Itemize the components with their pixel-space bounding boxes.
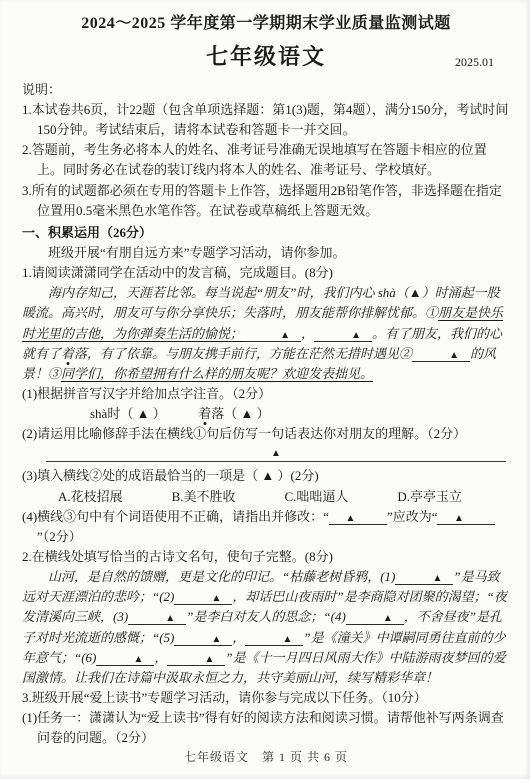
answer-blank: ▲: [329, 513, 387, 525]
passage-text: 山河，是自然的馈赠，更是文化的印记。“枯藤老树昏鸦，(1): [48, 569, 395, 584]
option-b: B.美不胜收: [172, 487, 236, 507]
passage-text: ”应改为“: [387, 509, 438, 524]
answer-blank: ▲: [174, 593, 232, 605]
question-1-3-stem: (3)填入横线②处的成语最恰当的一项是（ ▲ ）(2分): [22, 466, 510, 486]
answer-blank: ▲: [346, 613, 404, 625]
question-3-stem: 3.班级开展“爱上读书”专题学习活动，请你参与完成以下任务。（10分）: [22, 688, 510, 708]
answer-blank: ▲: [96, 654, 154, 666]
underlined-text: 同学们，你希望拥有什么样的朋友呢？欢迎发表拙见。: [61, 366, 373, 381]
exam-date: 2025.01: [455, 53, 494, 72]
answer-blank: ▲: [167, 654, 225, 666]
dotted-char: 着: [198, 406, 211, 421]
exam-title: 2024～2025 学年度第一学期期末学业质量监测试题: [22, 12, 510, 37]
notice-item: 3.所有的试题都必须在专用的答题卡上作答，选择题用2B铅笔作答，非选择题在指定位…: [22, 181, 510, 221]
question-2-passage: 山河，是自然的馈赠，更是文化的印记。“枯藤老树昏鸦，(1)▲”是马致远对天涯漂泊…: [22, 567, 510, 688]
option-d: D.亭亭玉立: [397, 487, 462, 507]
passage-text: ①: [425, 305, 438, 320]
question-1-stem: 1.请阅读潇潇同学在活动中的发言稿，完成题目。(8分): [22, 263, 510, 283]
exam-paper-page: 2024～2025 学年度第一学期期末学业质量监测试题 七年级语文 2025.0…: [0, 0, 530, 779]
option-a: A.花枝招展: [58, 487, 123, 507]
passage-text: ，: [301, 326, 314, 341]
option-c: C.咄咄逼人: [284, 487, 348, 507]
answer-blank: ▲: [437, 513, 495, 525]
answer-blank: ▲: [128, 613, 186, 625]
passage-text: 落（ ▲ ）: [211, 406, 269, 421]
dotted-char: 着: [61, 346, 74, 361]
passage-text: shà时（ ▲ ）: [90, 406, 198, 421]
question-1-passage: 海内存知己，天涯若比邻。每当说起“朋友”时，我们内心 shà（▲）时涌起一股暖流…: [22, 283, 510, 384]
passage-text: ”是李白对友人的思念；“(4): [186, 609, 346, 624]
answer-blank: ▲: [174, 634, 232, 646]
question-2-stem: 2.在横线处填写恰当的古诗文名句，使句子完整。(8分): [22, 547, 510, 567]
passage-text: ③: [48, 366, 61, 381]
question-3-task1: (1)任务一：潇潇认为“爱上读书”得有好的阅读方法和阅读习惯。请帮他补写两条调查…: [22, 708, 510, 748]
answer-blank: ▲: [245, 634, 303, 646]
passage-text: ，: [232, 630, 245, 645]
question-1-2-answer-line: ▲: [46, 447, 506, 462]
notice-item: 1.本试卷共6页，计22题（包含单项选择题：第1(3)题，第4题），满分150分…: [22, 100, 510, 140]
answer-blank: ▲: [314, 330, 372, 342]
passage-text: 落，有了依靠。与朋友携手前行，方能在茫然无措时遇见②: [74, 346, 412, 361]
question-1-2-stem: (2)请运用比喻修辞手法在横线①句后仿写一句话表达你对朋友的理解。（2分）: [22, 424, 510, 444]
notice-heading: 说明：: [22, 80, 510, 100]
section-heading: 一、积累运用（26分）: [22, 223, 510, 243]
passage-text: ”（2分）: [37, 529, 82, 544]
page-footer: 七年级语文 第 1 页 共 6 页: [22, 748, 510, 771]
section-intro: 班级开展“有朋自远方来”专题学习活动，请你参加。: [22, 243, 510, 263]
question-1-4-stem: (4)横线③句中有个词语使用不正确，请指出并修改：“▲”应改为“▲”（2分）: [22, 507, 510, 547]
question-1-1-stem: (1)根据拼音写汉字并给加点字注音。（2分）: [22, 384, 510, 404]
subject-title: 七年级语文: [22, 40, 510, 74]
answer-blank: ▲: [395, 573, 453, 585]
answer-mark: ▲: [271, 448, 281, 459]
question-1-3-options: A.花枝招展 B.美不胜收 C.咄咄逼人 D.亭亭玉立: [22, 487, 510, 507]
question-1-1-answer: shà时（ ▲ ） 着落（ ▲ ）: [22, 404, 510, 424]
answer-blank: ▲: [243, 330, 301, 342]
notice-item: 2.答题前，考生务必将本人的姓名、准考证号准确无误地填写在答题卡相应的位置上。同…: [22, 140, 510, 180]
passage-text: ，: [154, 650, 167, 665]
answer-blank: ▲: [412, 350, 470, 362]
passage-text: (4)横线③句中有个词语使用不正确，请指出并修改：“: [22, 509, 329, 524]
paper-header: 2024～2025 学年度第一学期期末学业质量监测试题 七年级语文 2025.0…: [22, 12, 510, 74]
